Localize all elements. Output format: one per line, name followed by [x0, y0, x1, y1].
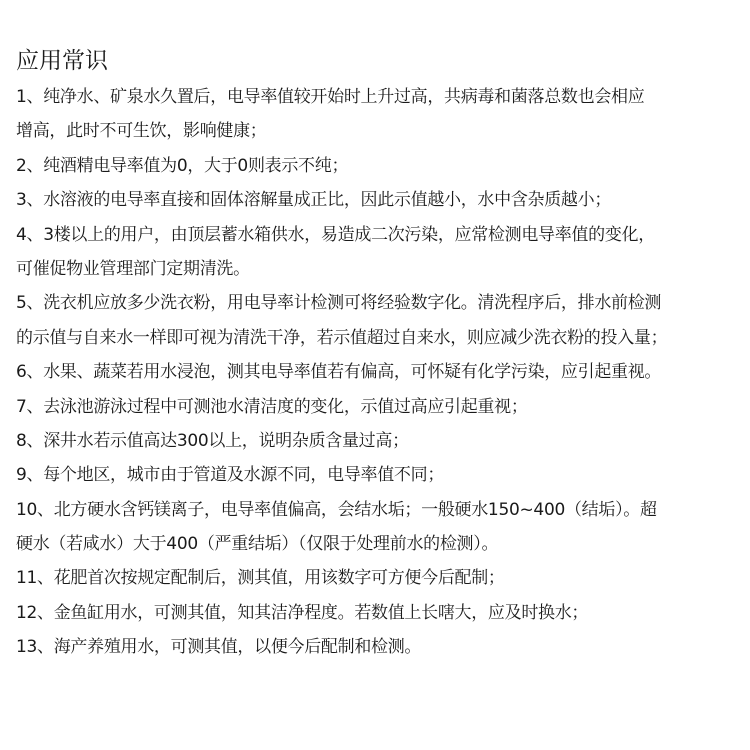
item-text-line: 8、深井水若示值高达300以上，说明杂质含量过高；: [16, 424, 741, 458]
item-text-line: 6、水果、蔬菜若用水浸泡，测其电导率值若有偏高，可怀疑有化学污染，应引起重视。: [16, 355, 741, 389]
list-item-5: 5、洗衣机应放多少洗衣粉，用电导率计检测可将经验数字化。清洗程序后，排水前检测 …: [16, 286, 741, 355]
tips-list: 1、纯净水、矿泉水久置后，电导率值较开始时上升过高，共病毒和菌落总数也会相应 增…: [16, 80, 741, 665]
list-item-7: 7、去泳池游泳过程中可测池水清洁度的变化，示值过高应引起重视；: [16, 390, 741, 424]
item-text-line: 4、3楼以上的用户，由顶层蓄水箱供水，易造成二次污染，应常检测电导率值的变化，: [16, 218, 741, 252]
list-item-8: 8、深井水若示值高达300以上，说明杂质含量过高；: [16, 424, 741, 458]
item-text-line: 可催促物业管理部门定期清洗。: [16, 252, 741, 286]
list-item-13: 13、海产养殖用水，可测其值，以便今后配制和检测。: [16, 630, 741, 664]
item-text-line: 的示值与自来水一样即可视为清洗干净，若示值超过自来水，则应减少洗衣粉的投入量；: [16, 321, 741, 355]
document-body: 应用常识 1、纯净水、矿泉水久置后，电导率值较开始时上升过高，共病毒和菌落总数也…: [16, 46, 741, 665]
list-item-6: 6、水果、蔬菜若用水浸泡，测其电导率值若有偏高，可怀疑有化学污染，应引起重视。: [16, 355, 741, 389]
item-text-line: 硬水（若咸水）大于400（严重结垢）（仅限于处理前水的检测）。: [16, 527, 741, 561]
list-item-9: 9、每个地区，城市由于管道及水源不同，电导率值不同；: [16, 458, 741, 492]
list-item-4: 4、3楼以上的用户，由顶层蓄水箱供水，易造成二次污染，应常检测电导率值的变化， …: [16, 218, 741, 287]
list-item-10: 10、北方硬水含钙镁离子，电导率值偏高，会结水垢；一般硬水150~400（结垢）…: [16, 493, 741, 562]
item-text-line: 7、去泳池游泳过程中可测池水清洁度的变化，示值过高应引起重视；: [16, 390, 741, 424]
item-text-line: 增高，此时不可生饮，影响健康；: [16, 114, 741, 148]
item-text-line: 12、金鱼缸用水，可测其值，知其洁净程度。若数值上长嗐大，应及时换水；: [16, 596, 741, 630]
item-text-line: 3、水溶液的电导率直接和固体溶解量成正比，因此示值越小，水中含杂质越小；: [16, 183, 741, 217]
item-text-line: 5、洗衣机应放多少洗衣粉，用电导率计检测可将经验数字化。清洗程序后，排水前检测: [16, 286, 741, 320]
list-item-12: 12、金鱼缸用水，可测其值，知其洁净程度。若数值上长嗐大，应及时换水；: [16, 596, 741, 630]
list-item-2: 2、纯酒精电导率值为0，大于0则表示不纯；: [16, 149, 741, 183]
list-item-11: 11、花肥首次按规定配制后，测其值，用该数字可方便今后配制；: [16, 561, 741, 595]
item-text-line: 11、花肥首次按规定配制后，测其值，用该数字可方便今后配制；: [16, 561, 741, 595]
page-title: 应用常识: [16, 46, 741, 76]
list-item-1: 1、纯净水、矿泉水久置后，电导率值较开始时上升过高，共病毒和菌落总数也会相应 增…: [16, 80, 741, 149]
item-text-line: 2、纯酒精电导率值为0，大于0则表示不纯；: [16, 149, 741, 183]
item-text-line: 9、每个地区，城市由于管道及水源不同，电导率值不同；: [16, 458, 741, 492]
list-item-3: 3、水溶液的电导率直接和固体溶解量成正比，因此示值越小，水中含杂质越小；: [16, 183, 741, 217]
item-text-line: 13、海产养殖用水，可测其值，以便今后配制和检测。: [16, 630, 741, 664]
item-text-line: 10、北方硬水含钙镁离子，电导率值偏高，会结水垢；一般硬水150~400（结垢）…: [16, 493, 741, 527]
item-text-line: 1、纯净水、矿泉水久置后，电导率值较开始时上升过高，共病毒和菌落总数也会相应: [16, 80, 741, 114]
